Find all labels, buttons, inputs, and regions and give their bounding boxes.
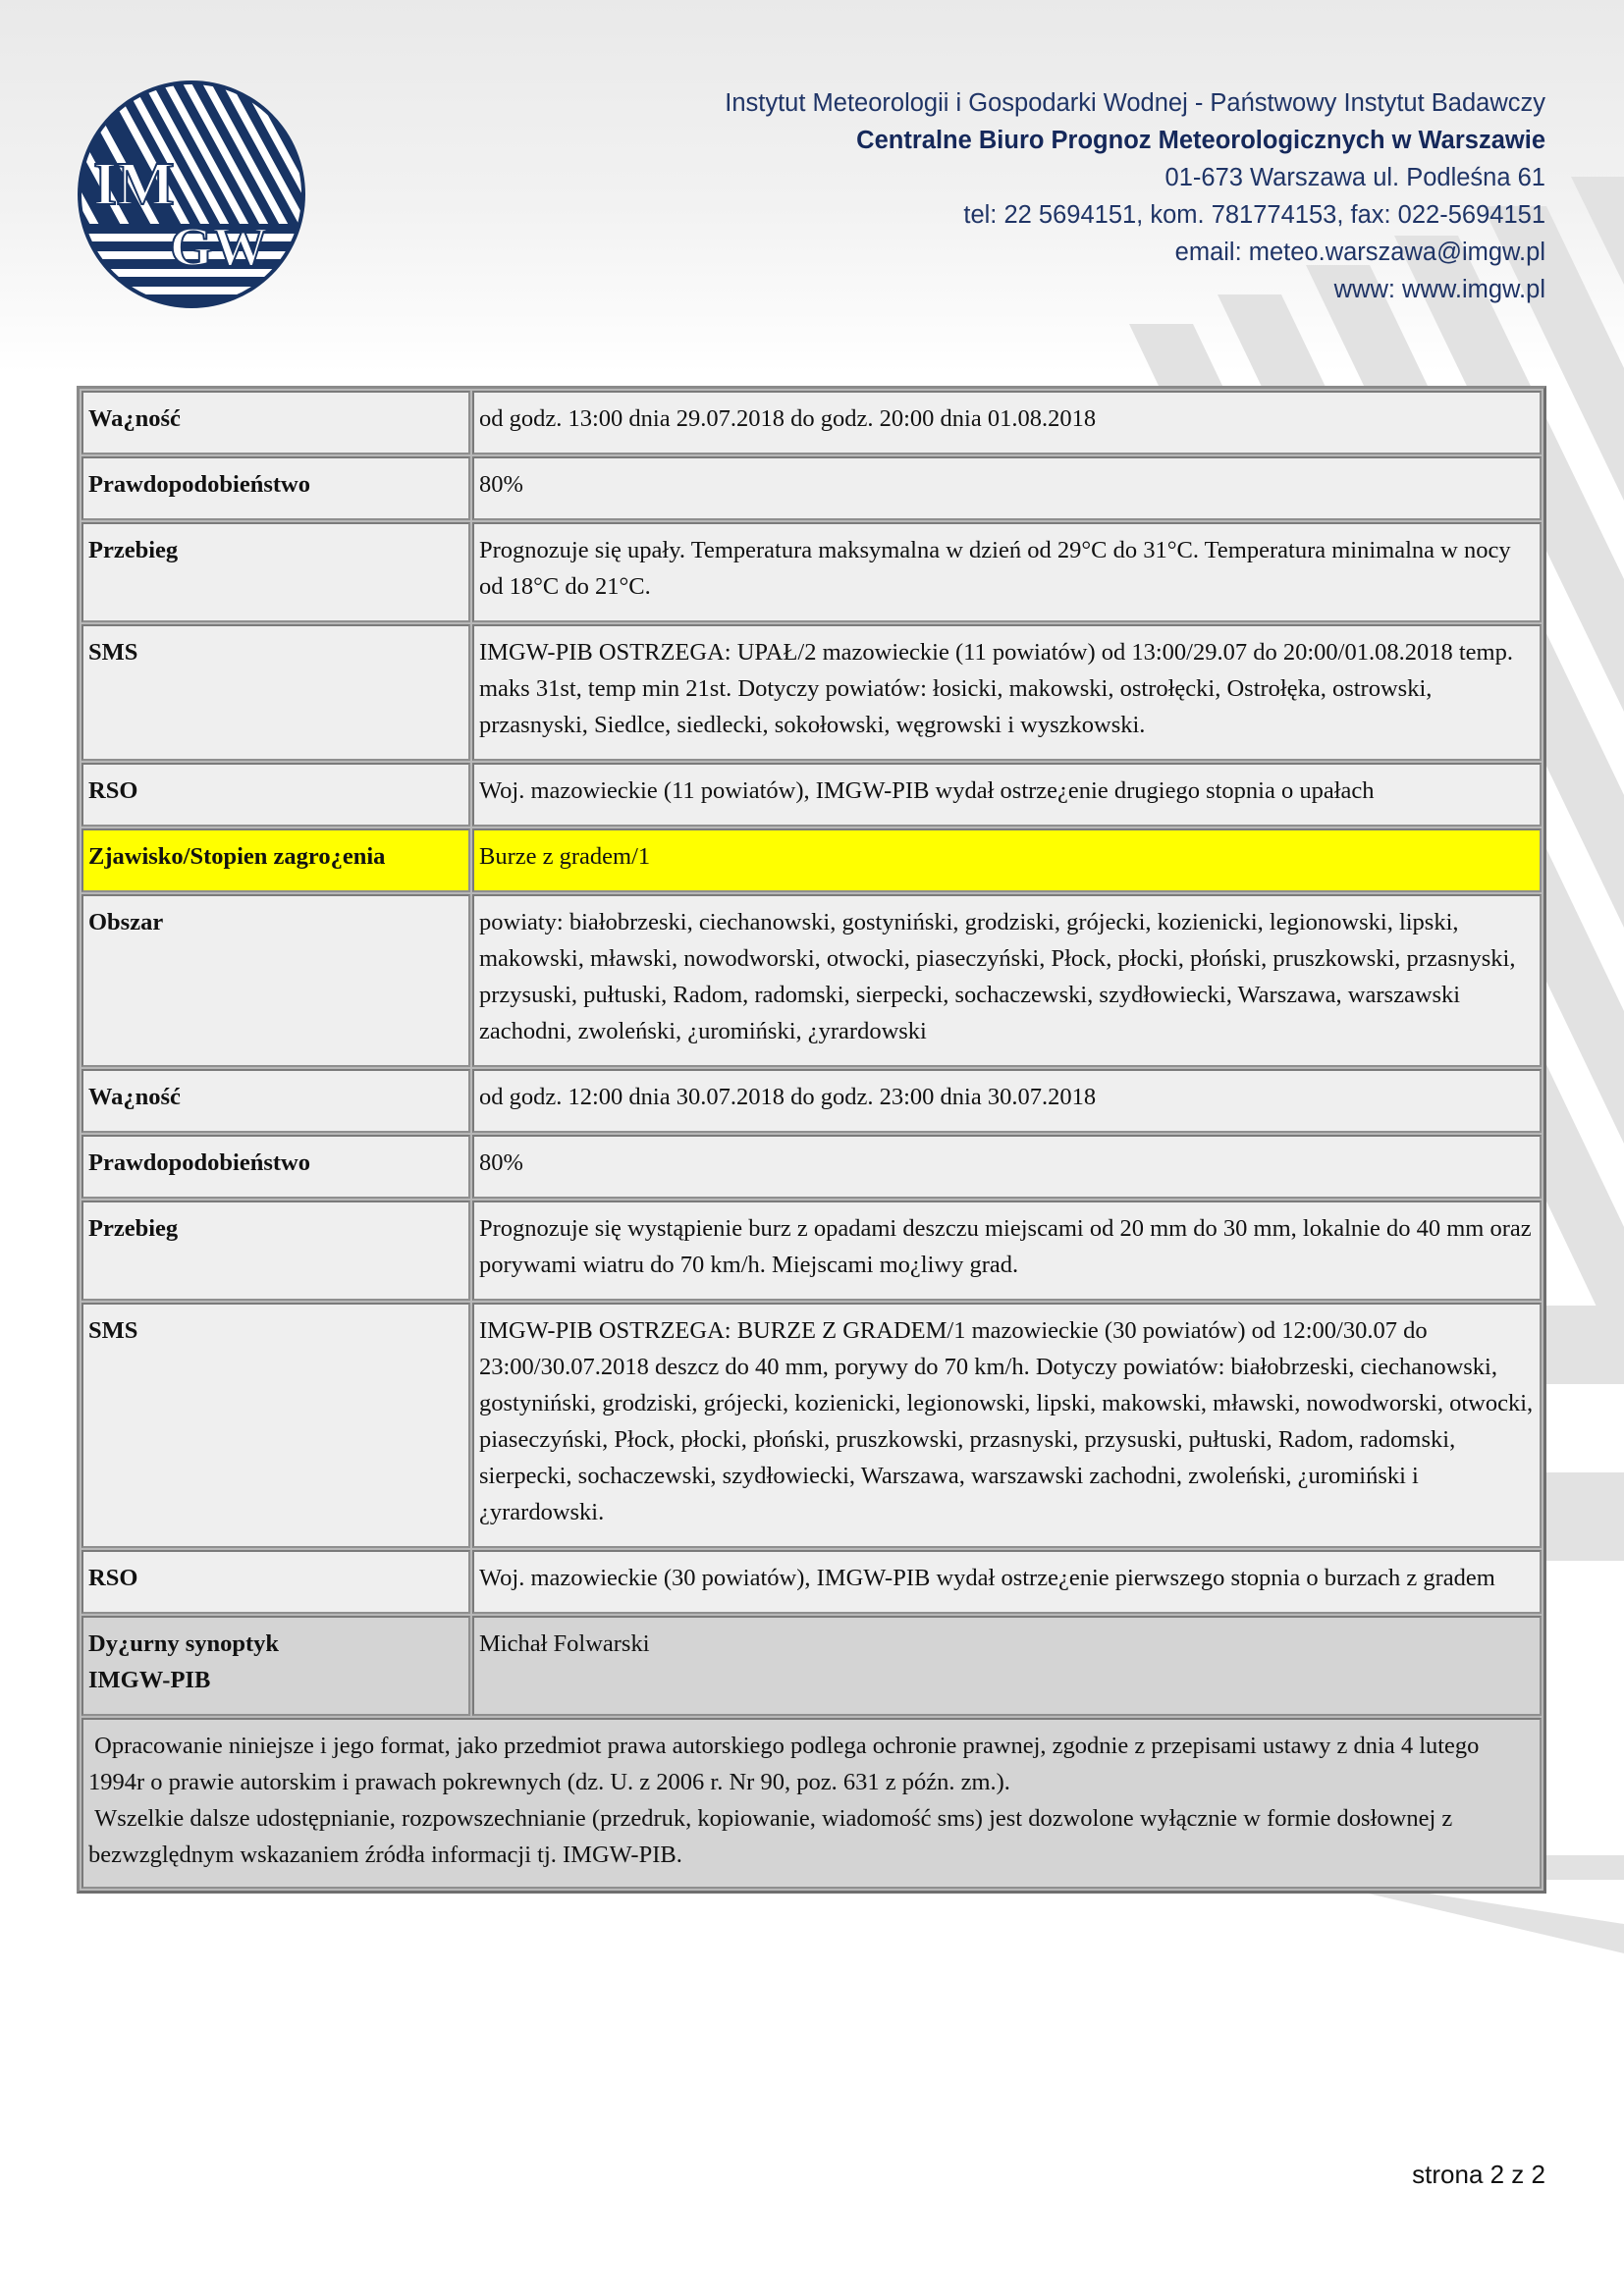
row-value-rso: Woj. mazowieckie (11 powiatów), IMGW-PIB… bbox=[472, 763, 1542, 827]
copyright-note: Opracowanie niniejsze i jego format, jak… bbox=[81, 1718, 1542, 1889]
table-row: Wa¿ność od godz. 12:00 dnia 30.07.2018 d… bbox=[81, 1069, 1542, 1133]
row-value-area: powiaty: białobrzeski, ciechanowski, gos… bbox=[472, 894, 1542, 1067]
row-label-area: Obszar bbox=[81, 894, 470, 1067]
forecaster-label-line2: IMGW-PIB bbox=[88, 1662, 463, 1698]
table-row: Prawdopodobieństwo 80% bbox=[81, 456, 1542, 520]
copyright-paragraph-2: Wszelkie dalsze udostępnianie, rozpowsze… bbox=[88, 1800, 1535, 1873]
institution-header: Instytut Meteorologii i Gospodarki Wodne… bbox=[725, 84, 1545, 308]
warning-table: Wa¿ność od godz. 13:00 dnia 29.07.2018 d… bbox=[77, 386, 1546, 1894]
row-label-sms: SMS bbox=[81, 624, 470, 761]
email-link[interactable]: email: meteo.warszawa@imgw.pl bbox=[725, 234, 1545, 271]
phone-numbers: tel: 22 5694151, kom. 781774153, fax: 02… bbox=[725, 196, 1545, 234]
row-label-validity: Wa¿ność bbox=[81, 391, 470, 454]
row-value-course: Prognozuje się upały. Temperatura maksym… bbox=[472, 522, 1542, 622]
row-value-sms: IMGW-PIB OSTRZEGA: UPAŁ/2 mazowieckie (1… bbox=[472, 624, 1542, 761]
website-link[interactable]: www: www.imgw.pl bbox=[725, 271, 1545, 308]
table-row: RSO Woj. mazowieckie (30 powiatów), IMGW… bbox=[81, 1550, 1542, 1614]
logo-text-gw: GW bbox=[170, 217, 268, 278]
table-row: SMS IMGW-PIB OSTRZEGA: UPAŁ/2 mazowiecki… bbox=[81, 624, 1542, 761]
forecaster-label: Dy¿urny synoptyk IMGW-PIB bbox=[81, 1616, 470, 1716]
row-label-phenomenon: Zjawisko/Stopien zagro¿enia bbox=[81, 828, 470, 892]
address: 01-673 Warszawa ul. Podleśna 61 bbox=[725, 159, 1545, 196]
forecaster-row: Dy¿urny synoptyk IMGW-PIB Michał Folwars… bbox=[81, 1616, 1542, 1716]
row-label-rso: RSO bbox=[81, 1550, 470, 1614]
table-row: SMS IMGW-PIB OSTRZEGA: BURZE Z GRADEM/1 … bbox=[81, 1303, 1542, 1548]
row-label-validity: Wa¿ność bbox=[81, 1069, 470, 1133]
row-value-sms: IMGW-PIB OSTRZEGA: BURZE Z GRADEM/1 mazo… bbox=[472, 1303, 1542, 1548]
logo-text-im: IM bbox=[93, 151, 175, 218]
row-label-probability: Prawdopodobieństwo bbox=[81, 1135, 470, 1199]
forecaster-name: Michał Folwarski bbox=[472, 1616, 1542, 1716]
institute-name: Instytut Meteorologii i Gospodarki Wodne… bbox=[725, 84, 1545, 122]
row-value-course: Prognozuje się wystąpienie burz z opadam… bbox=[472, 1201, 1542, 1301]
row-value-probability: 80% bbox=[472, 456, 1542, 520]
row-value-validity: od godz. 12:00 dnia 30.07.2018 do godz. … bbox=[472, 1069, 1542, 1133]
table-row: RSO Woj. mazowieckie (11 powiatów), IMGW… bbox=[81, 763, 1542, 827]
row-label-course: Przebieg bbox=[81, 1201, 470, 1301]
table-row: Przebieg Prognozuje się wystąpienie burz… bbox=[81, 1201, 1542, 1301]
copyright-row: Opracowanie niniejsze i jego format, jak… bbox=[81, 1718, 1542, 1889]
row-value-rso: Woj. mazowieckie (30 powiatów), IMGW-PIB… bbox=[472, 1550, 1542, 1614]
forecaster-label-line1: Dy¿urny synoptyk bbox=[88, 1626, 463, 1662]
table-row: Przebieg Prognozuje się upały. Temperatu… bbox=[81, 522, 1542, 622]
office-name: Centralne Biuro Prognoz Meteorologicznyc… bbox=[725, 122, 1545, 159]
row-value-probability: 80% bbox=[472, 1135, 1542, 1199]
row-value-validity: od godz. 13:00 dnia 29.07.2018 do godz. … bbox=[472, 391, 1542, 454]
table-row: Obszar powiaty: białobrzeski, ciechanows… bbox=[81, 894, 1542, 1067]
row-value-phenomenon: Burze z gradem/1 bbox=[472, 828, 1542, 892]
copyright-paragraph-1: Opracowanie niniejsze i jego format, jak… bbox=[88, 1728, 1535, 1800]
phenomenon-row: Zjawisko/Stopien zagro¿enia Burze z grad… bbox=[81, 828, 1542, 892]
row-label-probability: Prawdopodobieństwo bbox=[81, 456, 470, 520]
row-label-course: Przebieg bbox=[81, 522, 470, 622]
page-indicator: strona 2 z 2 bbox=[1412, 2160, 1545, 2190]
imgw-logo: IM GW bbox=[76, 79, 307, 310]
row-label-sms: SMS bbox=[81, 1303, 470, 1548]
row-label-rso: RSO bbox=[81, 763, 470, 827]
table-row: Wa¿ność od godz. 13:00 dnia 29.07.2018 d… bbox=[81, 391, 1542, 454]
table-row: Prawdopodobieństwo 80% bbox=[81, 1135, 1542, 1199]
